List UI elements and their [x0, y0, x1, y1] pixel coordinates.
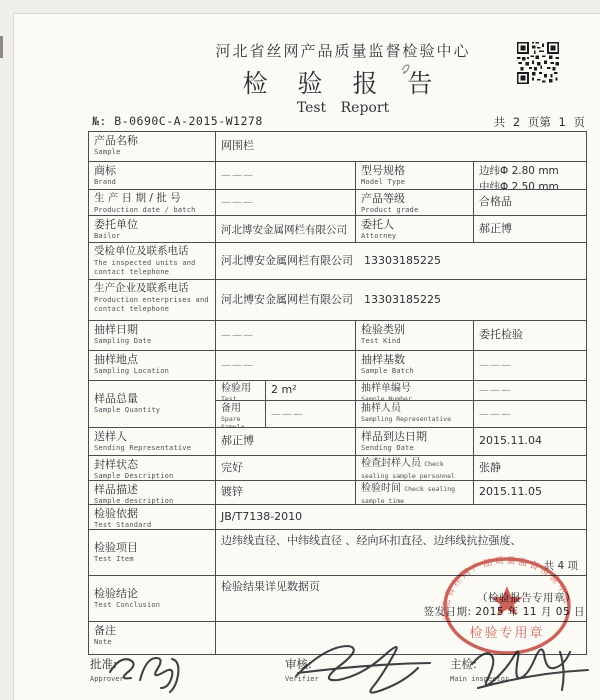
value-product-grade: 合格品: [474, 190, 586, 215]
value-model-type: 边纬Φ 2.80 mm中纬Φ 2.50 mm: [474, 162, 586, 189]
value-sample-batch: ———: [474, 351, 586, 380]
label-sampling-representative: 抽样人员Sampling Representative: [356, 401, 474, 428]
label-brand: 商标Brand: [89, 162, 216, 189]
label-model-type: 型号规格Model Type: [356, 162, 474, 189]
scan-edge-left: [13, 13, 14, 700]
signature-row: 批准:Approver 审核:Verifier 主检:Main inspecto…: [88, 656, 585, 698]
table-row: 生 产 日 期 / 批 号Production date / batch ———…: [89, 189, 586, 215]
value-seal-check-personnel: 张静: [474, 456, 586, 480]
value-test-time: 2015.11.05: [474, 481, 586, 504]
value-production-enterprise: 河北博安金属网栏有限公司 13303185225: [216, 280, 586, 320]
label-seal-state: 封样状态Sample Description: [89, 456, 216, 480]
scan-edge-top: [13, 13, 600, 14]
label-sample-number: 抽样单编号Sample Number: [356, 381, 474, 400]
label-bailor: 委托单位Bailor: [89, 216, 216, 242]
value-sampling-date: ———: [216, 321, 356, 350]
qr-code-icon: [516, 42, 560, 84]
value-sample-number: ———: [474, 381, 586, 400]
table-row: 送样人Sending Representative 郝正博 样品到达日期Send…: [89, 427, 586, 455]
label-test-time: 检验时间 Check sealing sample time: [356, 481, 474, 504]
label-inspected-unit: 受检单位及联系电话The inspected units and contact…: [89, 243, 216, 279]
value-bailor: 河北博安金属网栏有限公司: [216, 216, 356, 242]
value-test-item: 边纬线直径、中纬线直径 、经向环扣直径、边纬线抗拉强度、 共 4 项: [216, 530, 586, 575]
inspector-block: 主检:Main inspector: [450, 656, 509, 683]
value-test-sample: 2 m²: [266, 381, 356, 400]
label-sample-description: 样品描述Sample description: [89, 481, 216, 504]
table-row: 检验项目Test Item 边纬线直径、中纬线直径 、经向环扣直径、边纬线抗拉强…: [89, 529, 586, 575]
table-row: 检验结论Test Conclusion 检验结果详见数据页 （检验报告专用章） …: [89, 575, 586, 621]
label-test-standard: 检验依据Test Standard: [89, 505, 216, 529]
report-number: №: B-0690C-A-2015-W1278: [92, 114, 263, 128]
verifier-block: 审核:Verifier: [285, 656, 319, 683]
value-sampling-location: ———: [216, 351, 356, 380]
value-attorney: 郝正博: [474, 216, 586, 242]
label-test-sample: 检验用Test sample: [216, 381, 266, 400]
label-production-date: 生 产 日 期 / 批 号Production date / batch: [89, 190, 216, 215]
table-row: 抽样地点Sampling Location ——— 抽样基数Sample Bat…: [89, 350, 586, 380]
label-production-enterprise: 生产企业及联系电话Production enterprises and cont…: [89, 280, 216, 320]
table-row: 商标Brand ——— 型号规格Model Type 边纬Φ 2.80 mm中纬…: [89, 161, 586, 189]
approver-block: 批准:Approver: [90, 656, 124, 683]
sample-quantity-subgrid: 检验用Test sample 2 m² 抽样单编号Sample Number —…: [216, 381, 586, 427]
value-sample: 网围栏: [216, 132, 586, 161]
value-arrival-date: 2015.11.04: [474, 428, 586, 455]
value-sample-description: 镀锌: [216, 481, 356, 504]
label-note: 备注Note: [89, 622, 216, 654]
value-sender: 郝正博: [216, 428, 356, 455]
table-row: 样品描述Sample description 镀锌 检验时间 Check sea…: [89, 480, 586, 504]
value-test-standard: JB/T7138-2010: [216, 505, 586, 529]
issue-date: 签发日期: 2015 年 11 月 05 日: [423, 604, 585, 619]
value-spare-sample: ———: [266, 401, 356, 428]
table-row: 检验依据Test Standard JB/T7138-2010: [89, 504, 586, 529]
table-row: 生产企业及联系电话Production enterprises and cont…: [89, 279, 586, 320]
item-count: 共 4 项: [544, 558, 578, 573]
value-test-conclusion: 检验结果详见数据页 （检验报告专用章） 签发日期: 2015 年 11 月 05…: [216, 576, 586, 621]
label-attorney: 委托人Attorney: [356, 216, 474, 242]
subrow-spare-sample: 备用Spare Sample ——— 抽样人员Sampling Represen…: [216, 400, 586, 428]
table-row: 抽样日期Sampling Date ——— 检验类别Test Kind 委托检验: [89, 320, 586, 350]
value-seal-state: 完好: [216, 456, 356, 480]
table-row: 封样状态Sample Description 完好 检查封样人员 Check s…: [89, 455, 586, 480]
scan-artifact: [0, 36, 3, 58]
pagination: 共 2 页第 1 页: [494, 114, 585, 130]
label-test-kind: 检验类别Test Kind: [356, 321, 474, 350]
label-sample-quantity: 样品总量Sample Quantity: [89, 381, 216, 427]
value-inspected-unit: 河北博安金属网栏有限公司 13303185225: [216, 243, 586, 279]
label-sampling-date: 抽样日期Sampling Date: [89, 321, 216, 350]
label-product-grade: 产品等级Product grade: [356, 190, 474, 215]
value-test-kind: 委托检验: [474, 321, 586, 350]
table-row: 样品总量Sample Quantity 检验用Test sample 2 m² …: [89, 380, 586, 427]
seal-note: （检验报告专用章）: [477, 590, 576, 605]
label-test-item: 检验项目Test Item: [89, 530, 216, 575]
label-spare-sample: 备用Spare Sample: [216, 401, 266, 428]
value-sampling-representative: ———: [474, 401, 586, 428]
label-sampling-location: 抽样地点Sampling Location: [89, 351, 216, 380]
label-test-conclusion: 检验结论Test Conclusion: [89, 576, 216, 621]
table-row: 备注Note: [89, 621, 586, 654]
label-seal-check-personnel: 检查封样人员 Check sealing sample personnel: [356, 456, 474, 480]
value-brand: ———: [216, 162, 356, 189]
label-arrival-date: 样品到达日期Sending Date: [356, 428, 474, 455]
value-note: [216, 622, 586, 654]
value-production-date: ———: [216, 190, 356, 215]
label-sender: 送样人Sending Representative: [89, 428, 216, 455]
table-row: 委托单位Bailor 河北博安金属网栏有限公司 委托人Attorney 郝正博: [89, 215, 586, 242]
subrow-test-sample: 检验用Test sample 2 m² 抽样单编号Sample Number —…: [216, 381, 586, 400]
table-row: 产品名称Sample 网围栏: [89, 132, 586, 161]
table-row: 受检单位及联系电话The inspected units and contact…: [89, 242, 586, 279]
label-sample-batch: 抽样基数Sample Batch: [356, 351, 474, 380]
scanned-test-report-page: { "colors": { "stamp_red": "#c5423a" }, …: [0, 0, 600, 700]
report-table: 产品名称Sample 网围栏 商标Brand ——— 型号规格Model Typ…: [88, 131, 587, 655]
label-sample: 产品名称Sample: [89, 132, 216, 161]
